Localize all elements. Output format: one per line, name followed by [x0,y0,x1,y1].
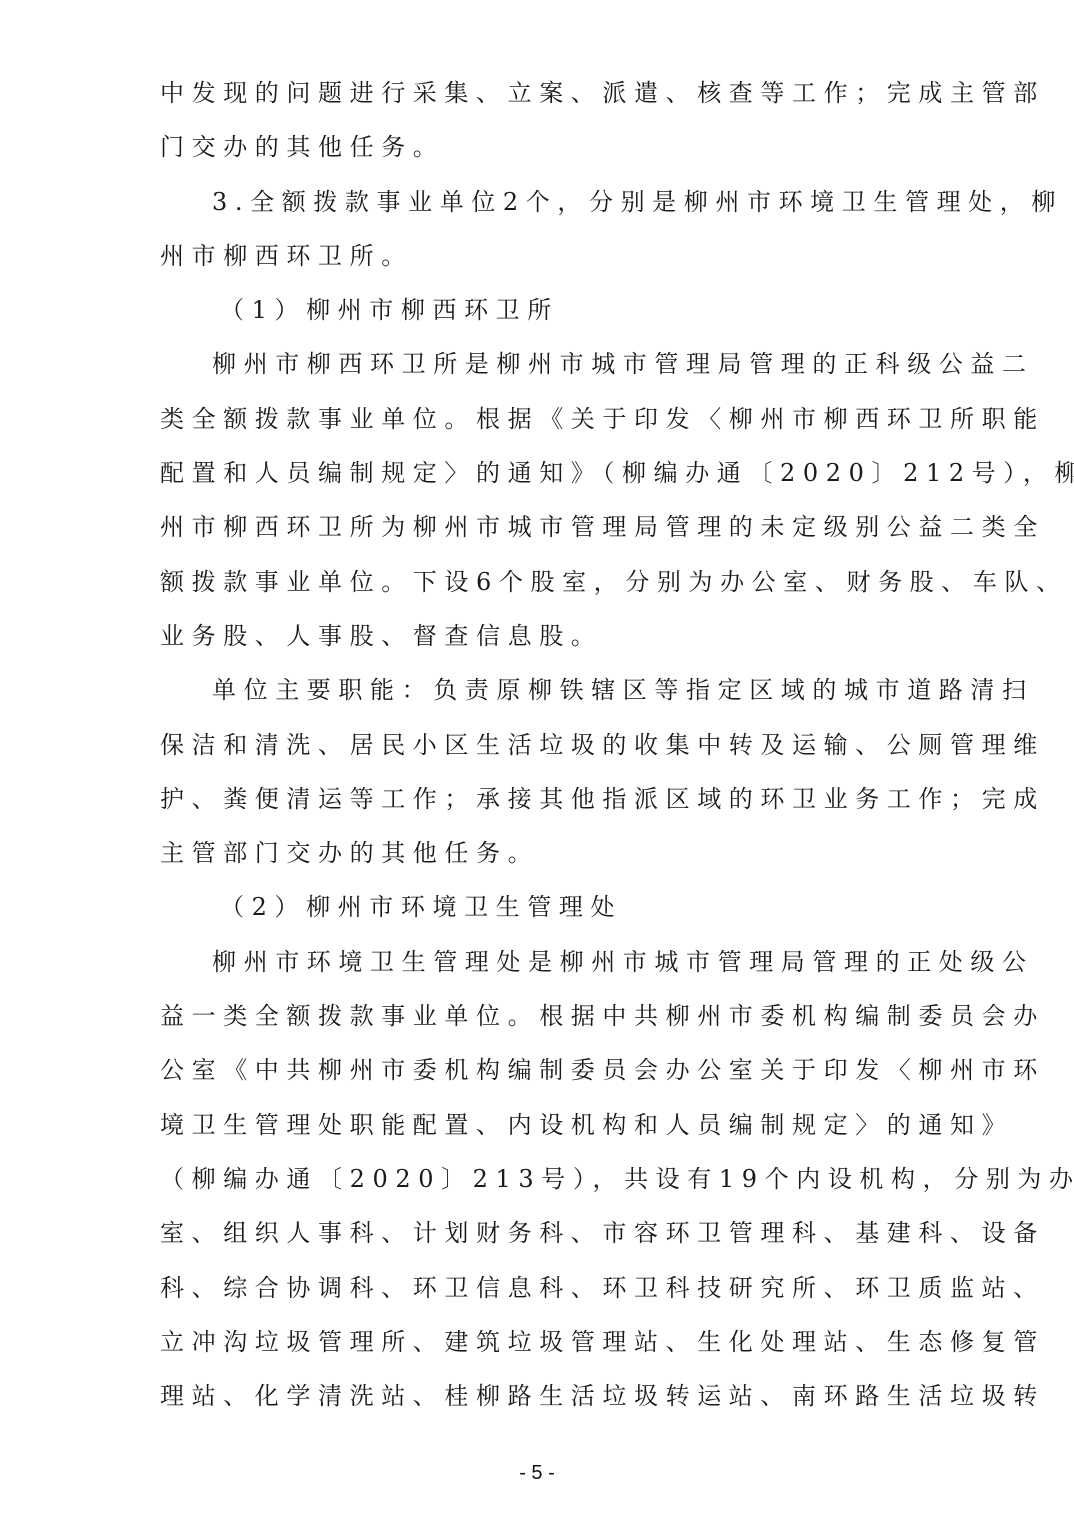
text-line: 境卫生管理处职能配置、内设机构和人员编制规定〉的通知》 [160,1102,930,1156]
text-line: 科、综合协调科、环卫信息科、环卫科技研究所、环卫质监站、 [160,1265,930,1319]
text-line: 州市柳西环卫所。 [160,233,930,287]
text-line: 立冲沟垃圾管理所、建筑垃圾管理站、生化处理站、生态修复管 [160,1319,930,1373]
text-line: （柳编办通〔2020〕213号），共设有19个内设机构，分别为办公 [160,1156,930,1210]
text-line: 保洁和清洗、居民小区生活垃圾的收集中转及运输、公厕管理维 [160,722,930,776]
text-line: 益一类全额拨款事业单位。根据中共柳州市委机构编制委员会办 [160,993,930,1047]
text-line: 护、粪便清运等工作；承接其他指派区域的环卫业务工作；完成 [160,776,930,830]
document-body: 中发现的问题进行采集、立案、派遣、核查等工作；完成主管部 门交办的其他任务。 3… [160,70,930,1427]
paragraph-start: 柳州市环境卫生管理处是柳州市城市管理局管理的正处级公 [160,939,930,993]
paragraph-start: 柳州市柳西环卫所是柳州市城市管理局管理的正科级公益二 [160,341,930,395]
text-line: 主管部门交办的其他任务。 [160,830,930,884]
text-line: 业务股、人事股、督查信息股。 [160,613,930,667]
list-item-heading: 3.全额拨款事业单位2个，分别是柳州市环境卫生管理处，柳 [160,179,930,233]
text-line: 理站、化学清洗站、桂柳路生活垃圾转运站、南环路生活垃圾转 [160,1373,930,1427]
text-line: 室、组织人事科、计划财务科、市容环卫管理科、基建科、设备 [160,1210,930,1264]
text-line: 中发现的问题进行采集、立案、派遣、核查等工作；完成主管部 [160,70,930,124]
text-line: 额拨款事业单位。下设6个股室，分别为办公室、财务股、车队、 [160,559,930,613]
section-heading-liuxi: （1）柳州市柳西环卫所 [160,287,930,341]
text-line: 州市柳西环卫所为柳州市城市管理局管理的未定级别公益二类全 [160,504,930,558]
text-line: 配置和人员编制规定〉的通知》（柳编办通〔2020〕212号），柳 [160,450,930,504]
page-number: - 5 - [0,1462,1074,1485]
text-line: 门交办的其他任务。 [160,124,930,178]
paragraph-start: 单位主要职能：负责原柳铁辖区等指定区域的城市道路清扫 [160,667,930,721]
section-heading-sanitation: （2）柳州市环境卫生管理处 [160,884,930,938]
text-line: 公室《中共柳州市委机构编制委员会办公室关于印发〈柳州市环 [160,1047,930,1101]
text-line: 类全额拨款事业单位。根据《关于印发〈柳州市柳西环卫所职能 [160,396,930,450]
